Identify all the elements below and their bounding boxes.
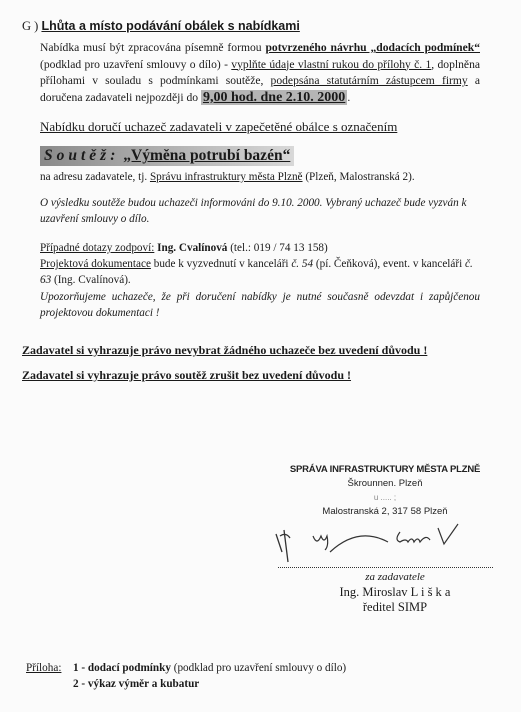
section-title: Lhůta a místo podávání obálek s nabídkam… bbox=[41, 19, 299, 33]
text: (pí. Čeňková), event. v kanceláři bbox=[313, 258, 465, 270]
competition-prefix: Soutěž: bbox=[44, 147, 119, 164]
attachments: Příloha:1 - dodací podmínky (podklad pro… bbox=[26, 660, 346, 692]
submission-paragraph: Nabídka musí být zpracována písemně form… bbox=[40, 40, 480, 106]
attachment-item: 2 - výkaz výměr a kubatur bbox=[26, 676, 346, 692]
reservation-2: Zadavatel si vyhrazuje právo soutěž zruš… bbox=[22, 368, 351, 383]
result-note: O výsledku soutěže budou uchazeči inform… bbox=[40, 195, 480, 227]
text: (Plzeň, Malostranská 2). bbox=[303, 171, 415, 183]
attachment-item: Příloha:1 - dodací podmínky (podklad pro… bbox=[26, 660, 346, 676]
attachment-note: (podklad pro uzavření smlouvy o dílo) bbox=[171, 662, 346, 674]
stamp-line: u ..... ; bbox=[260, 491, 510, 505]
official-stamp: SPRÁVA INFRASTRUKTURY MĚSTA PLZNĚ Škroun… bbox=[260, 463, 510, 519]
section-letter: G ) bbox=[22, 19, 38, 33]
on-behalf-label: za zadavatele bbox=[300, 570, 490, 585]
handwritten-signature bbox=[268, 522, 498, 570]
signer-block: za zadavatele Ing. Miroslav L i š k a ře… bbox=[300, 570, 490, 615]
contact-phone: (tel.: 019 / 74 13 158) bbox=[230, 242, 328, 254]
stamp-line: Škrounnen. Plzeň bbox=[260, 477, 510, 491]
text: . bbox=[347, 91, 350, 104]
stamp-line: SPRÁVA INFRASTRUKTURY MĚSTA PLZNĚ bbox=[260, 463, 510, 477]
signer-role: ředitel SIMP bbox=[300, 600, 490, 615]
competition-label: Soutěž: „Výměna potrubí bazén“ bbox=[40, 146, 294, 166]
text: (podklad pro uzavření smlouvy o dílo) - bbox=[40, 58, 231, 71]
emphasis-text: potvrzeného návrhu „dodacích podmínek“ bbox=[265, 41, 480, 54]
attachment-title: 2 - výkaz výměr a kubatur bbox=[73, 678, 199, 690]
delivery-note: Nabídku doručí uchazeč zadavateli v zape… bbox=[40, 119, 397, 135]
attachment-title: 1 - dodací podmínky bbox=[73, 662, 171, 674]
emphasis-text: podepsána statutárním zástupcem firmy bbox=[271, 74, 468, 87]
deadline: 9,00 hod. dne 2.10. 2000 bbox=[201, 90, 347, 105]
documentation-label: Projektová dokumentace bbox=[40, 258, 151, 270]
text: bude k vyzvednutí v kanceláři bbox=[151, 258, 291, 270]
attachments-label: Příloha: bbox=[26, 660, 73, 676]
text: (Ing. Cvalínová). bbox=[51, 274, 131, 286]
text: Nabídka musí být zpracována písemně form… bbox=[40, 41, 265, 54]
office-number: č. 54 bbox=[291, 258, 313, 270]
stamp-line: Malostranská 2, 317 58 Plzeň bbox=[260, 505, 510, 519]
address-line: na adresu zadavatele, tj. Správu infrast… bbox=[40, 171, 415, 183]
section-heading: G ) Lhůta a místo podávání obálek s nabí… bbox=[22, 19, 300, 34]
signer-name: Ing. Miroslav L i š k a bbox=[300, 585, 490, 600]
signature-line bbox=[278, 567, 493, 568]
reservation-1: Zadavatel si vyhrazuje právo nevybrat žá… bbox=[22, 343, 427, 358]
text: na adresu zadavatele, tj. bbox=[40, 171, 150, 183]
contact-label: Případné dotazy zodpoví: bbox=[40, 242, 154, 254]
warning-note: Upozorňujeme uchazeče, že při doručení n… bbox=[40, 289, 480, 321]
competition-name: „Výměna potrubí bazén“ bbox=[123, 147, 290, 164]
contact-person: Ing. Cvalínová bbox=[157, 242, 227, 254]
organization-name: Správu infrastruktury města Plzně bbox=[150, 171, 303, 183]
emphasis-text: vyplňte údaje vlastní rukou do přílohy č… bbox=[231, 58, 431, 71]
contact-block: Případné dotazy zodpoví: Ing. Cvalínová … bbox=[40, 240, 480, 288]
